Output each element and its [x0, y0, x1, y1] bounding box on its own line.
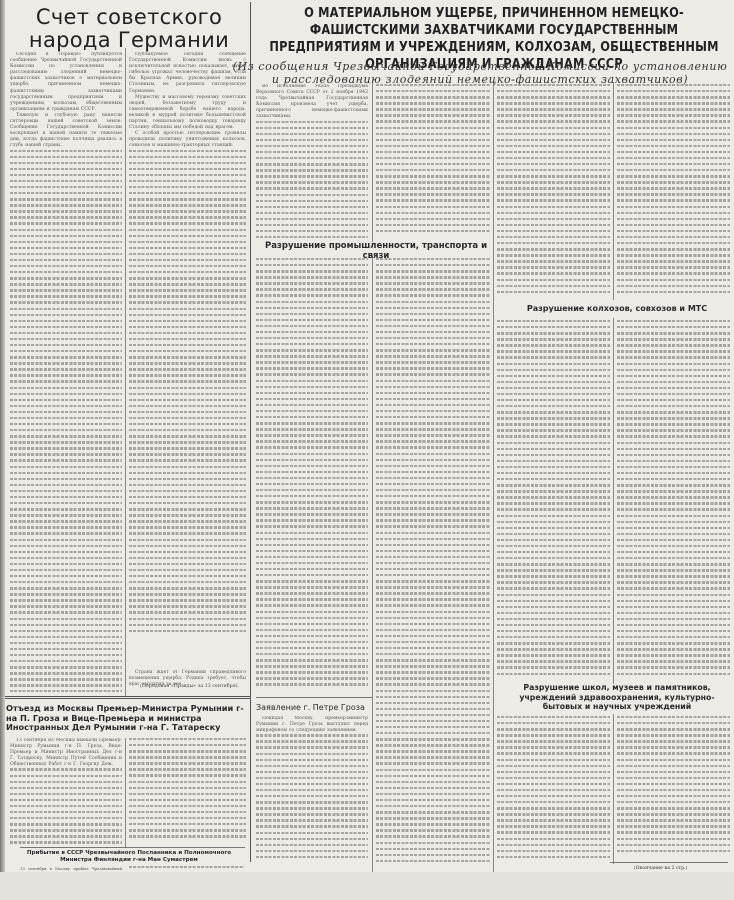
departure-article-body: 13 сентября из Москвы выехали Премьер-Ми… [10, 738, 122, 768]
column-divider [125, 738, 126, 848]
main-article-intro: Во исполнение Указа Президиума Верховног… [256, 84, 368, 121]
main-article-column-3 [497, 84, 610, 300]
main-article-column-4c [617, 716, 730, 860]
left-article-paragraph: С особой яростью гитлеровские громилы пр… [129, 131, 246, 149]
main-article-column-2 [376, 84, 490, 236]
section-divider [20, 847, 245, 848]
page-edge-shadow [0, 0, 5, 900]
text-lines [10, 768, 122, 844]
column-divider [493, 82, 494, 872]
main-article-column-4 [617, 84, 730, 300]
main-article-column-3c [497, 716, 610, 864]
section-divider [610, 862, 728, 863]
main-article-column-1: Во исполнение Указа Президиума Верховног… [256, 84, 368, 240]
column-divider [372, 82, 373, 242]
column-divider [125, 48, 126, 696]
main-article-column-1b [256, 258, 368, 696]
column-divider [613, 318, 614, 684]
groza-statement-body: Покидая Москву, премьер-министр Румынии … [256, 716, 368, 734]
left-article-column-1: Сегодня в «Правде» публикуется сообщение… [10, 52, 122, 692]
left-article-source-note: (Передовая «Правды» за 13 сентября). [140, 684, 239, 689]
page-bottom-margin [0, 872, 734, 900]
column-divider [250, 2, 251, 862]
newspaper-page: Счет советского народа Германии О МАТЕРИ… [0, 0, 734, 900]
section-heading-kolkhoz: Разрушение колхозов, совхозов и МТС [500, 304, 734, 314]
left-article-paragraph: Тяжелую и глубокую рану нанесли гитлеров… [10, 113, 122, 150]
main-article-column-3b [497, 320, 610, 680]
section-divider [256, 697, 372, 698]
text-lines [129, 150, 246, 670]
departure-article-column-2 [129, 738, 246, 844]
groza-statement-title: Заявление г. Петре Гроза [256, 703, 368, 713]
text-lines [256, 121, 368, 240]
section-divider [5, 696, 250, 697]
column-divider [613, 82, 614, 300]
departure-article-title: Отъезд из Москвы Премьер-Министра Румыни… [6, 704, 246, 733]
arrival-article-title: Прибытие в СССР Чрезвычайного Посланника… [16, 850, 242, 864]
main-article-subtitle: (Из сообщения Чрезвычайной Государственн… [230, 60, 730, 86]
left-article-paragraph: Публикуемое сегодня сообщение Государств… [129, 52, 246, 95]
section-heading-schools: Разрушение школ, музеев и памятников, уч… [500, 683, 734, 712]
continuation-note: (Окончание на 2 стр.) [634, 866, 687, 871]
left-article-paragraph: Мужеству и массовому героизму советских … [129, 95, 246, 132]
text-lines [256, 734, 368, 864]
column-divider [613, 714, 614, 864]
section-divider [5, 698, 250, 699]
text-lines [10, 150, 122, 693]
left-article-column-2: Публикуемое сегодня сообщение Государств… [129, 52, 246, 692]
column-divider [372, 255, 373, 875]
main-article-column-4b [617, 320, 730, 680]
departure-article-column-1: 13 сентября из Москвы выехали Премьер-Ми… [10, 738, 122, 844]
main-article-column-2b [376, 258, 490, 870]
left-article-title: Счет советского народа Германии [14, 6, 244, 52]
groza-statement-column: Покидая Москву, премьер-министр Румынии … [256, 716, 368, 872]
left-article-paragraph: Сегодня в «Правде» публикуется сообщение… [10, 52, 122, 113]
